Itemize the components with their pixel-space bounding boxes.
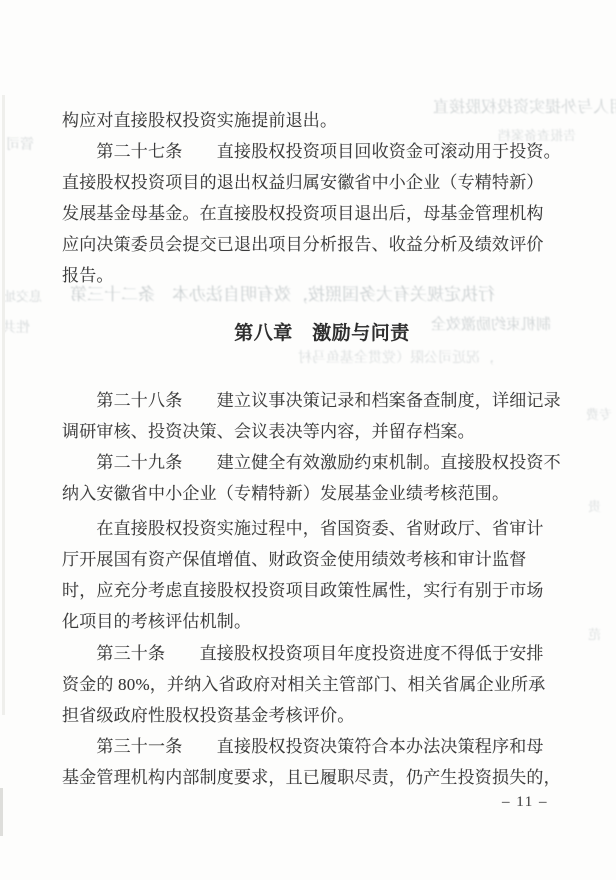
text-line: 发展基金母基金。在直接股权投资项目退出后，母基金管理机构 (62, 198, 554, 229)
text-line: 第八章 激励与问责 (90, 318, 554, 349)
text-line: 第二十八条 建立议事决策记录和档案备查制度，详细记录 (62, 385, 554, 416)
page-number: – 11 – (502, 794, 548, 811)
paragraph: 第二十九条 建立健全有效激励约束机制。直接股权投资不纳入安徽省中小企业（专精特新… (62, 447, 554, 509)
paragraph: 第二十七条 直接股权投资项目回收资金可滚动用于投资。直接股权投资项目的退出权益归… (62, 136, 554, 291)
showthrough-ghost-text: 专费 (586, 408, 612, 421)
text-line: 担省级政府性股权投资基金考核评价。 (62, 700, 554, 731)
showthrough-ghost-text: 贵 (588, 500, 601, 513)
showthrough-ghost-text: 息交址 (3, 290, 42, 303)
scan-streak-artifact (2, 95, 5, 715)
text-line: 构应对直接股权投资实施提前退出。 (62, 105, 554, 136)
text-line: 调研审核、投资决策、会议表决等内容，并留存档案。 (62, 416, 554, 447)
text-line: 报告。 (62, 260, 554, 291)
text-line: 第二十七条 直接股权投资项目回收资金可滚动用于投资。 (62, 136, 554, 167)
text-line: 直接股权投资项目的退出权益归属安徽省中小企业（专精特新） (62, 167, 554, 198)
text-line: 厅开展国有资产保值增值、财政资金使用绩效考核和审计监督 (62, 544, 554, 575)
text-line: 时，应充分考虑直接股权投资项目政策性属性，实行有别于市场 (62, 575, 554, 606)
showthrough-ghost-text: 范 (588, 628, 601, 641)
text-line: 第三十条 直接股权投资项目年度投资进度不得低于安排 (62, 638, 554, 669)
text-line: 纳入安徽省中小企业（专精特新）发展基金业绩考核范围。 (62, 478, 554, 509)
text-line: 应向决策委员会提交已退出项目分析报告、收益分析及绩效评价 (62, 229, 554, 260)
paragraph: 第三十一条 直接股权投资决策符合本办法决策程序和母基金管理机构内部制度要求，且已… (62, 731, 554, 793)
document-page: 资投于用人与外提实资投权股接直告报查备案档管司行执定规关有大务国照按，效有明自法… (0, 0, 616, 880)
text-line: 资金的 80%，并纳入省政府对相关主管部门、相关省属企业所承 (62, 669, 554, 700)
paragraph: 第三十条 直接股权投资项目年度投资进度不得低于安排资金的 80%，并纳入省政府对… (62, 638, 554, 731)
chapter-heading: 第八章 激励与问责 (62, 318, 554, 349)
paragraph: 第二十八条 建立议事决策记录和档案备查制度，详细记录调研审核、投资决策、会议表决… (62, 385, 554, 447)
text-line: 在直接股权投资实施过程中，省国资委、省财政厅、省审计 (62, 513, 554, 544)
paragraph: 在直接股权投资实施过程中，省国资委、省财政厅、省审计厅开展国有资产保值增值、财政… (62, 513, 554, 637)
showthrough-ghost-text: 性共 (2, 322, 30, 336)
text-line: 第三十一条 直接股权投资决策符合本办法决策程序和母 (62, 731, 554, 762)
showthrough-ghost-text: 管司 (6, 139, 34, 153)
paragraph: 构应对直接股权投资实施提前退出。 (62, 105, 554, 136)
text-line: 第二十九条 建立健全有效激励约束机制。直接股权投资不 (62, 447, 554, 478)
document-body: 构应对直接股权投资实施提前退出。 第二十七条 直接股权投资项目回收资金可滚动用于… (62, 105, 554, 793)
text-line: 基金管理机构内部制度要求，且已履职尽责，仍产生投资损失的， (62, 762, 554, 793)
scan-streak-artifact (0, 788, 3, 836)
text-line: 化项目的考核评估机制。 (62, 606, 554, 637)
